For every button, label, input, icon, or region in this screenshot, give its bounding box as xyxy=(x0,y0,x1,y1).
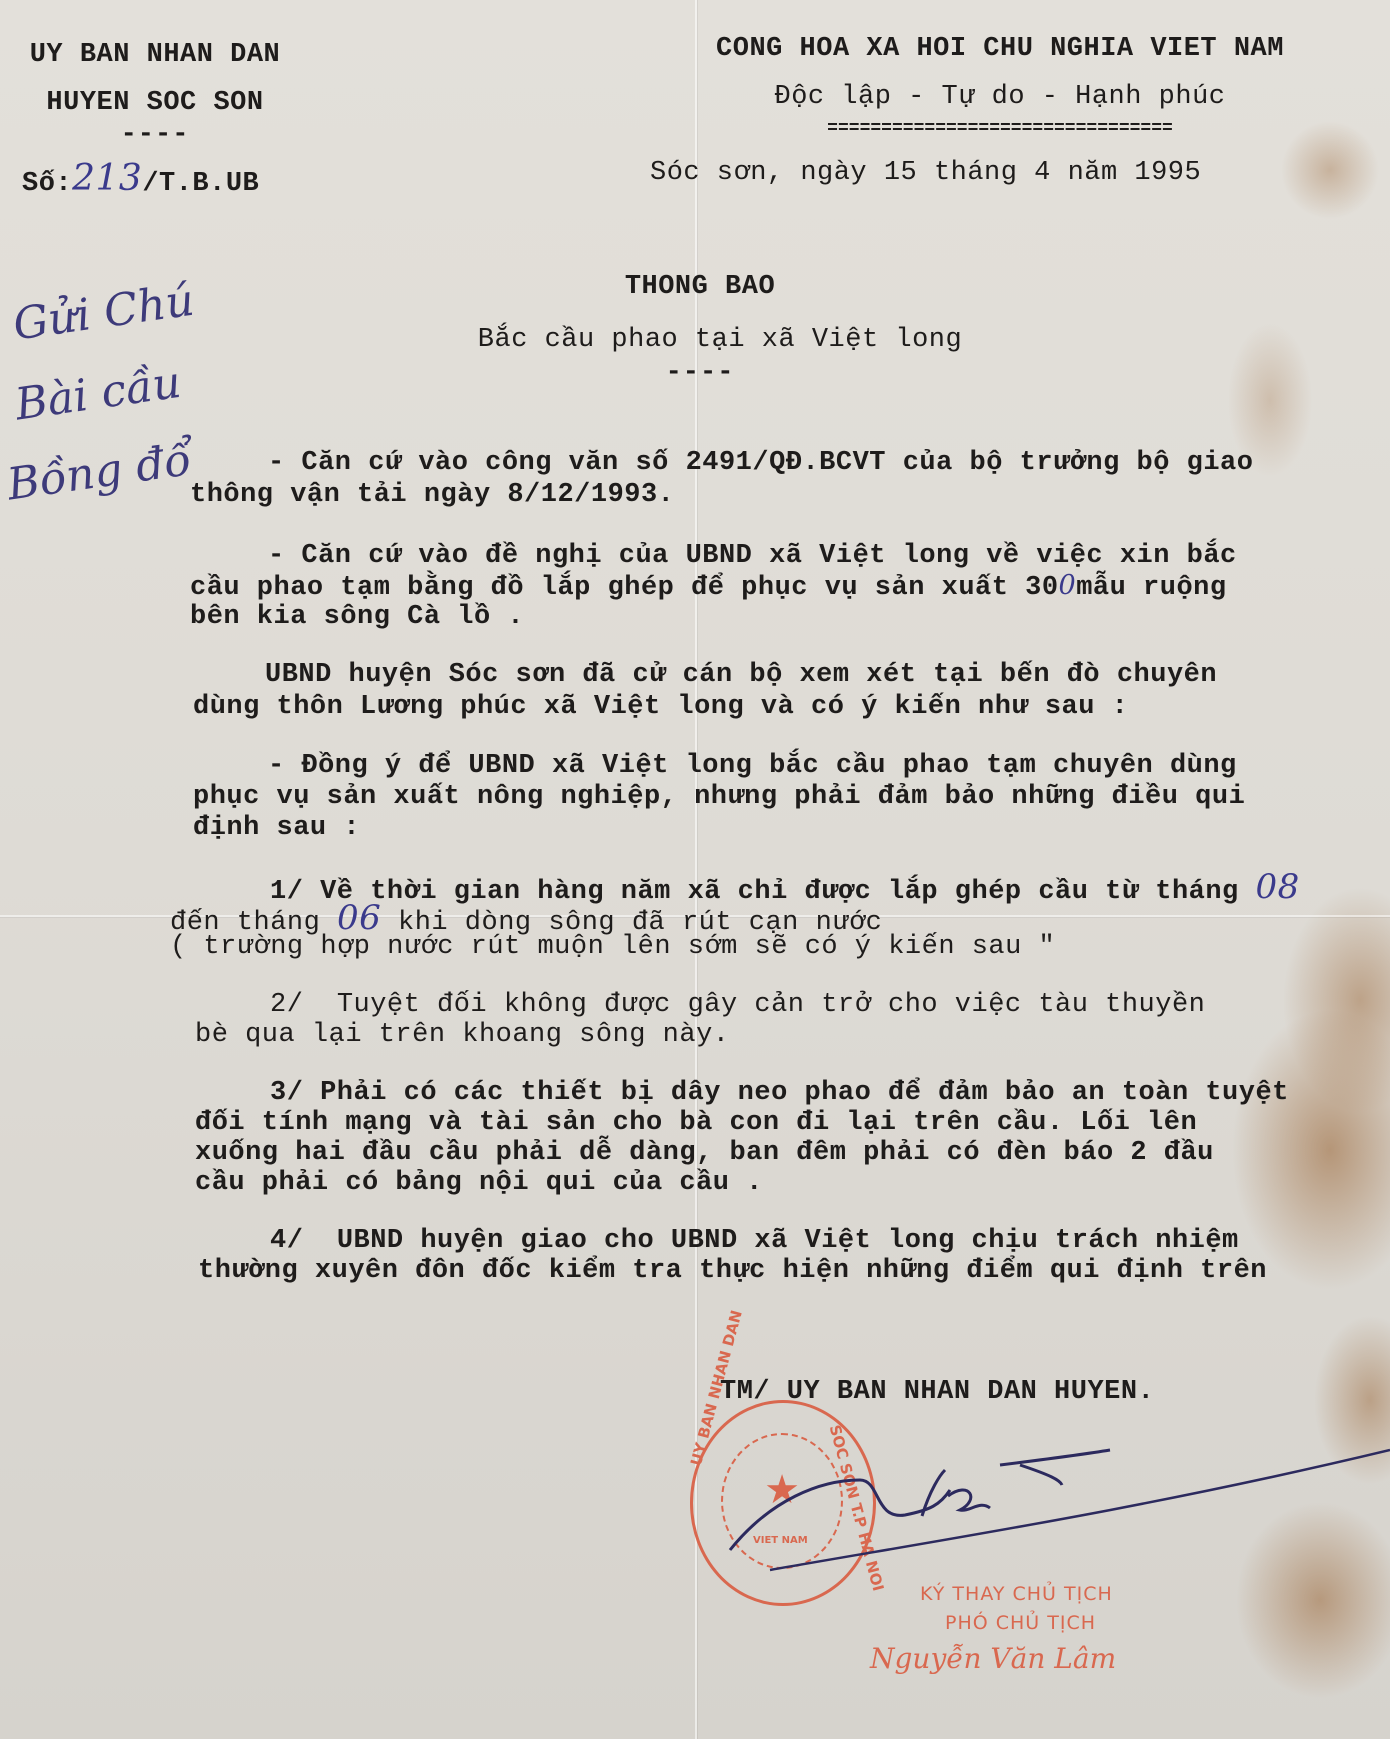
para4-line3: định sau : xyxy=(193,813,360,843)
authority-divider: ---- xyxy=(10,120,300,150)
para3-line2: dùng thôn Lương phúc xã Việt long và có … xyxy=(193,692,1128,722)
signer-name: Nguyễn Văn Lâm xyxy=(870,1642,1116,1675)
place-date: Sóc sơn, ngày 15 tháng 4 năm 1995 xyxy=(650,158,1201,188)
item1-line3: ( trường hợp nước rút muộn lên sớm sẽ có… xyxy=(170,932,1055,962)
para2-line1: - Căn cứ vào đề nghị của UBND xã Việt lo… xyxy=(268,541,1237,571)
item4-line1: 4/ UBND huyện giao cho UBND xã Việt long… xyxy=(270,1226,1239,1256)
para3-line1: UBND huyện Sóc sơn đã cử cán bộ xem xét … xyxy=(265,660,1217,690)
signer-role-1: KÝ THAY CHỦ TỊCH xyxy=(920,1583,1113,1605)
number-suffix: /T.B.UB xyxy=(142,169,259,199)
authority-line2: HUYEN SOC SON xyxy=(10,88,300,118)
item3-line1: 3/ Phải có các thiết bị dây neo phao để … xyxy=(270,1078,1289,1108)
item1-line1: 1/ Về thời gian hàng năm xã chỉ được lắp… xyxy=(270,872,1300,907)
national-motto: Độc lập - Tự do - Hạnh phúc xyxy=(660,82,1340,112)
title-divider: ---- xyxy=(450,358,950,388)
authority-line1: UY BAN NHAN DAN xyxy=(10,40,300,70)
motto-divider: ================================ xyxy=(660,114,1340,144)
handwritten-month-start: 08 xyxy=(1255,867,1299,907)
country-name: CONG HOA XA HOI CHU NGHIA VIET NAM xyxy=(660,34,1340,64)
para2-line3: bên kia sông Cà lồ . xyxy=(190,602,524,632)
title-heading: THONG BAO xyxy=(450,272,950,302)
title-subtitle: Bắc cầu phao tại xã Việt long xyxy=(400,325,1040,355)
document-number: Số:213/T.B.UB xyxy=(22,164,259,199)
para1-line2: thông vận tải ngày 8/12/1993. xyxy=(190,480,674,510)
item3-line4: cầu phải có bảng nội qui của cầu . xyxy=(195,1168,763,1198)
handwritten-signature xyxy=(690,1440,1390,1640)
para4-line1: - Đồng ý để UBND xã Việt long bắc cầu ph… xyxy=(268,751,1237,781)
number-label: Số: xyxy=(22,169,72,199)
handwritten-digit: 0 xyxy=(1059,570,1077,601)
item3-line3: xuống hai đầu cầu phải dễ dàng, ban đêm … xyxy=(195,1138,1214,1168)
para4-line2: phục vụ sản xuất nông nghiệp, nhưng phải… xyxy=(193,782,1245,812)
para1-line1: - Căn cứ vào công văn số 2491/QĐ.BCVT củ… xyxy=(268,448,1253,478)
item4-line2: thường xuyên đôn đốc kiểm tra thực hiện … xyxy=(198,1256,1267,1286)
item2-line2: bè qua lại trên khoang sông này. xyxy=(195,1020,729,1050)
item2-line1: 2/ Tuyệt đối không được gây cản trở cho … xyxy=(270,990,1205,1020)
item3-line2: đối tính mạng và tài sản cho bà con đi l… xyxy=(195,1108,1197,1138)
signer-role-2: PHÓ CHỦ TỊCH xyxy=(945,1612,1096,1634)
number-handwritten: 213 xyxy=(72,158,142,199)
para2-line2: cầu phao tạm bằng đồ lắp ghép để phục vụ… xyxy=(190,571,1227,603)
